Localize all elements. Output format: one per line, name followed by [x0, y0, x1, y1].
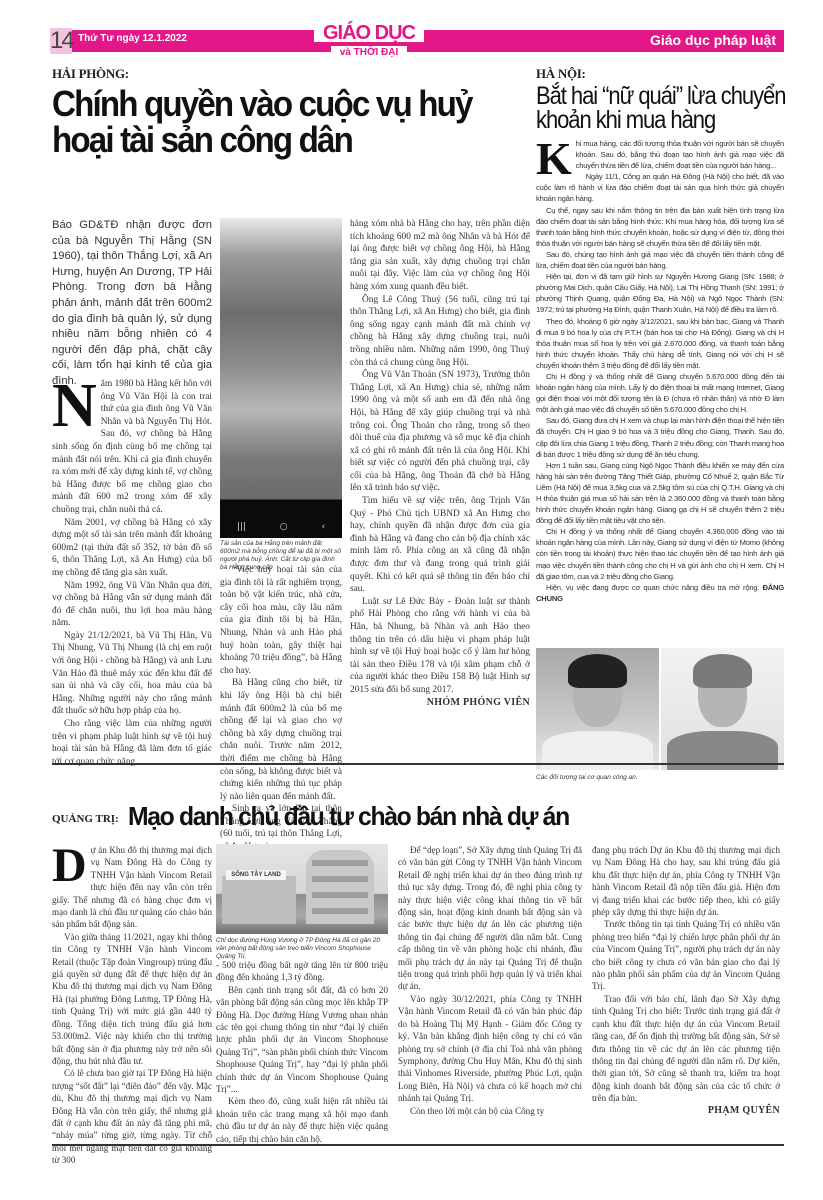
paragraph: đang phụ trách Dự án Khu đô thị thương m…	[592, 844, 780, 918]
dropcap: N	[52, 380, 97, 432]
article2-photo	[536, 648, 784, 770]
paragraph: Chị H đồng ý và thống nhất để Giang chuy…	[536, 371, 784, 415]
paragraph: - 500 triệu đồng bất ngờ tăng lên từ 800…	[216, 959, 388, 984]
paragraph: Trao đổi với báo chí, lãnh đạo Sở Xây dự…	[592, 993, 780, 1105]
masthead-logo[interactable]: GIÁO DỤC và THỜI ĐẠI	[314, 24, 424, 58]
paragraph: Ngày 21/12/2021, bà Vũ Thị Hân, Vũ Thị N…	[52, 630, 212, 718]
paragraph: Năm 2001, vợ chồng bà Hằng có xây dựng m…	[52, 517, 212, 580]
article3-byline: PHẠM QUYÊN	[592, 1105, 780, 1117]
paragraph: Bà Hằng cũng cho biết, từ khi lấy ông Hộ…	[220, 677, 342, 803]
paragraph: Hiện tại, đơn vị đã tạm giữ hình sự Nguy…	[536, 271, 784, 315]
paragraph: Ngày 11/1, Công an quận Hà Đông (Hà Nội)…	[536, 171, 784, 204]
section-title: Giáo dục pháp luật	[650, 32, 776, 48]
issue-date: Thứ Tư ngày 12.1.2022	[78, 33, 187, 44]
paragraph: Bên cạnh tình trạng sốt đất, đã có hơn 2…	[216, 984, 388, 1096]
article2-kicker: HÀ NỘI:	[536, 66, 784, 82]
suspect-photo-2	[661, 648, 784, 770]
article1-kicker: HẢI PHÒNG:	[52, 66, 530, 82]
paragraph: hàng xóm nhà bà Hằng cho hay, trên phần …	[350, 218, 530, 294]
article3-column-1: Dự án Khu đô thị thương mại dịch vụ Nam …	[52, 844, 212, 1167]
paragraph: Còn theo lời một cán bộ của Công ty	[398, 1105, 582, 1117]
paragraph: Hiện, vụ việc đang được cơ quan chức năn…	[536, 582, 784, 604]
article1-headline: Chính quyền vào cuộc vụ huỷ hoại tài sản…	[52, 86, 492, 158]
paragraph: Năm 1992, ông Vũ Văn Nhân qua đời, vợ ch…	[52, 580, 212, 630]
logo-line1: GIÁO DỤC	[314, 24, 424, 42]
article2-photo-caption: Các đối tượng tại cơ quan công an.	[536, 774, 784, 782]
paragraph: Theo đó, khoảng 6 giờ ngày 3/12/2021, sa…	[536, 316, 784, 371]
paragraph: hi mua hàng, các đối tượng thỏa thuận vớ…	[576, 139, 784, 170]
article3-headline: Mạo danh chủ đầu tư chào bán nhà dự án	[128, 801, 569, 831]
paragraph: Kèm theo đó, cũng xuất hiện rất nhiều tà…	[216, 1095, 388, 1145]
article3-column-2: - 500 triệu đồng bất ngờ tăng lên từ 800…	[216, 959, 388, 1145]
page-number: 14	[50, 28, 72, 54]
paragraph: Cho rằng việc làm của những người trên v…	[52, 718, 212, 768]
article-hai-phong: HẢI PHÒNG: Chính quyền vào cuộc vụ huỷ h…	[52, 66, 530, 158]
article3-column-3: Để “dẹp loạn”, Sở Xây dựng tỉnh Quảng Tr…	[398, 844, 582, 1117]
article-ha-noi: HÀ NỘI: Bắt hai “nữ quái” lừa chuyển kho…	[536, 66, 784, 132]
article2-body: Khi mua hàng, các đối tượng thỏa thuận v…	[536, 138, 784, 604]
paragraph: Vào ngày 30/12/2021, phía Công ty TNHH V…	[398, 993, 582, 1105]
article3-photo: SÔNG TÂY LAND	[216, 844, 388, 934]
dropcap: K	[536, 140, 572, 178]
paragraph: Sau đó, Giang đưa chị H xem và chụp lại …	[536, 415, 784, 459]
paragraph: Vào giữa tháng 11/2021, ngay khi thông t…	[52, 931, 212, 1067]
article1-photo: |||○‹	[220, 218, 342, 538]
paragraph: Chị H đồng ý và thống nhất để Giang chuy…	[536, 526, 784, 581]
paragraph: Ông Vũ Văn Thoản (SN 1973), Trưởng thôn …	[350, 369, 530, 495]
phone-nav-bar: |||○‹	[220, 522, 342, 532]
paragraph: Cụ thể, ngay sau khi nắm thông tin trên …	[536, 205, 784, 249]
paragraph: Hơn 1 tuần sau, Giang cùng Ngô Ngọc Thàn…	[536, 460, 784, 527]
article1-lead: Báo GD&TĐ nhận được đơn của bà Nguyễn Th…	[52, 218, 212, 390]
paragraph: Ông Lê Công Thuỷ (56 tuổi, cũng trú tại …	[350, 294, 530, 370]
paragraph: Trước thông tin tại tỉnh Quảng Trị có nh…	[592, 918, 780, 992]
article2-headline: Bắt hai “nữ quái” lừa chuyển khoản khi m…	[536, 84, 791, 132]
suspect-photo-1	[536, 648, 659, 770]
paragraph: Để “dẹp loạn”, Sở Xây dựng tỉnh Quảng Tr…	[398, 844, 582, 993]
article3-kicker: QUẢNG TRỊ:	[52, 813, 119, 825]
article1-byline: NHÓM PHÓNG VIÊN	[350, 697, 530, 710]
logo-line2: và THỜI ĐẠI	[331, 46, 408, 60]
article1-column-1: Năm 1980 bà Hằng kết hôn với ông Vũ Văn …	[52, 378, 212, 768]
paragraph: “Việc huỷ hoại tài sản của gia đình tôi …	[220, 564, 342, 677]
paragraph: Luật sư Lê Đức Bảy - Đoàn luật sư thành …	[350, 596, 530, 697]
article1-column-3: hàng xóm nhà bà Hằng cho hay, trên phần …	[350, 218, 530, 709]
article3-photo-caption: Chỉ dọc đường Hùng Vương ở TP Đông Hà đã…	[216, 937, 388, 961]
paragraph: Sau đó, chúng tạo hình ảnh giả mạo việc …	[536, 249, 784, 271]
article3-column-4: đang phụ trách Dự án Khu đô thị thương m…	[592, 844, 780, 1117]
shop-sign: SÔNG TÂY LAND	[226, 870, 286, 880]
dropcap: D	[52, 846, 87, 886]
section-divider	[52, 763, 784, 765]
paragraph: Tìm hiểu về sự việc trên, ông Trịnh Văn …	[350, 495, 530, 596]
page-bottom-rule	[52, 1144, 784, 1146]
paragraph: Có lẽ chưa bao giờ tại TP Đông Hà hiện t…	[52, 1067, 212, 1166]
paragraph-text: Hiện, vụ việc đang được cơ quan chức năn…	[546, 583, 759, 592]
